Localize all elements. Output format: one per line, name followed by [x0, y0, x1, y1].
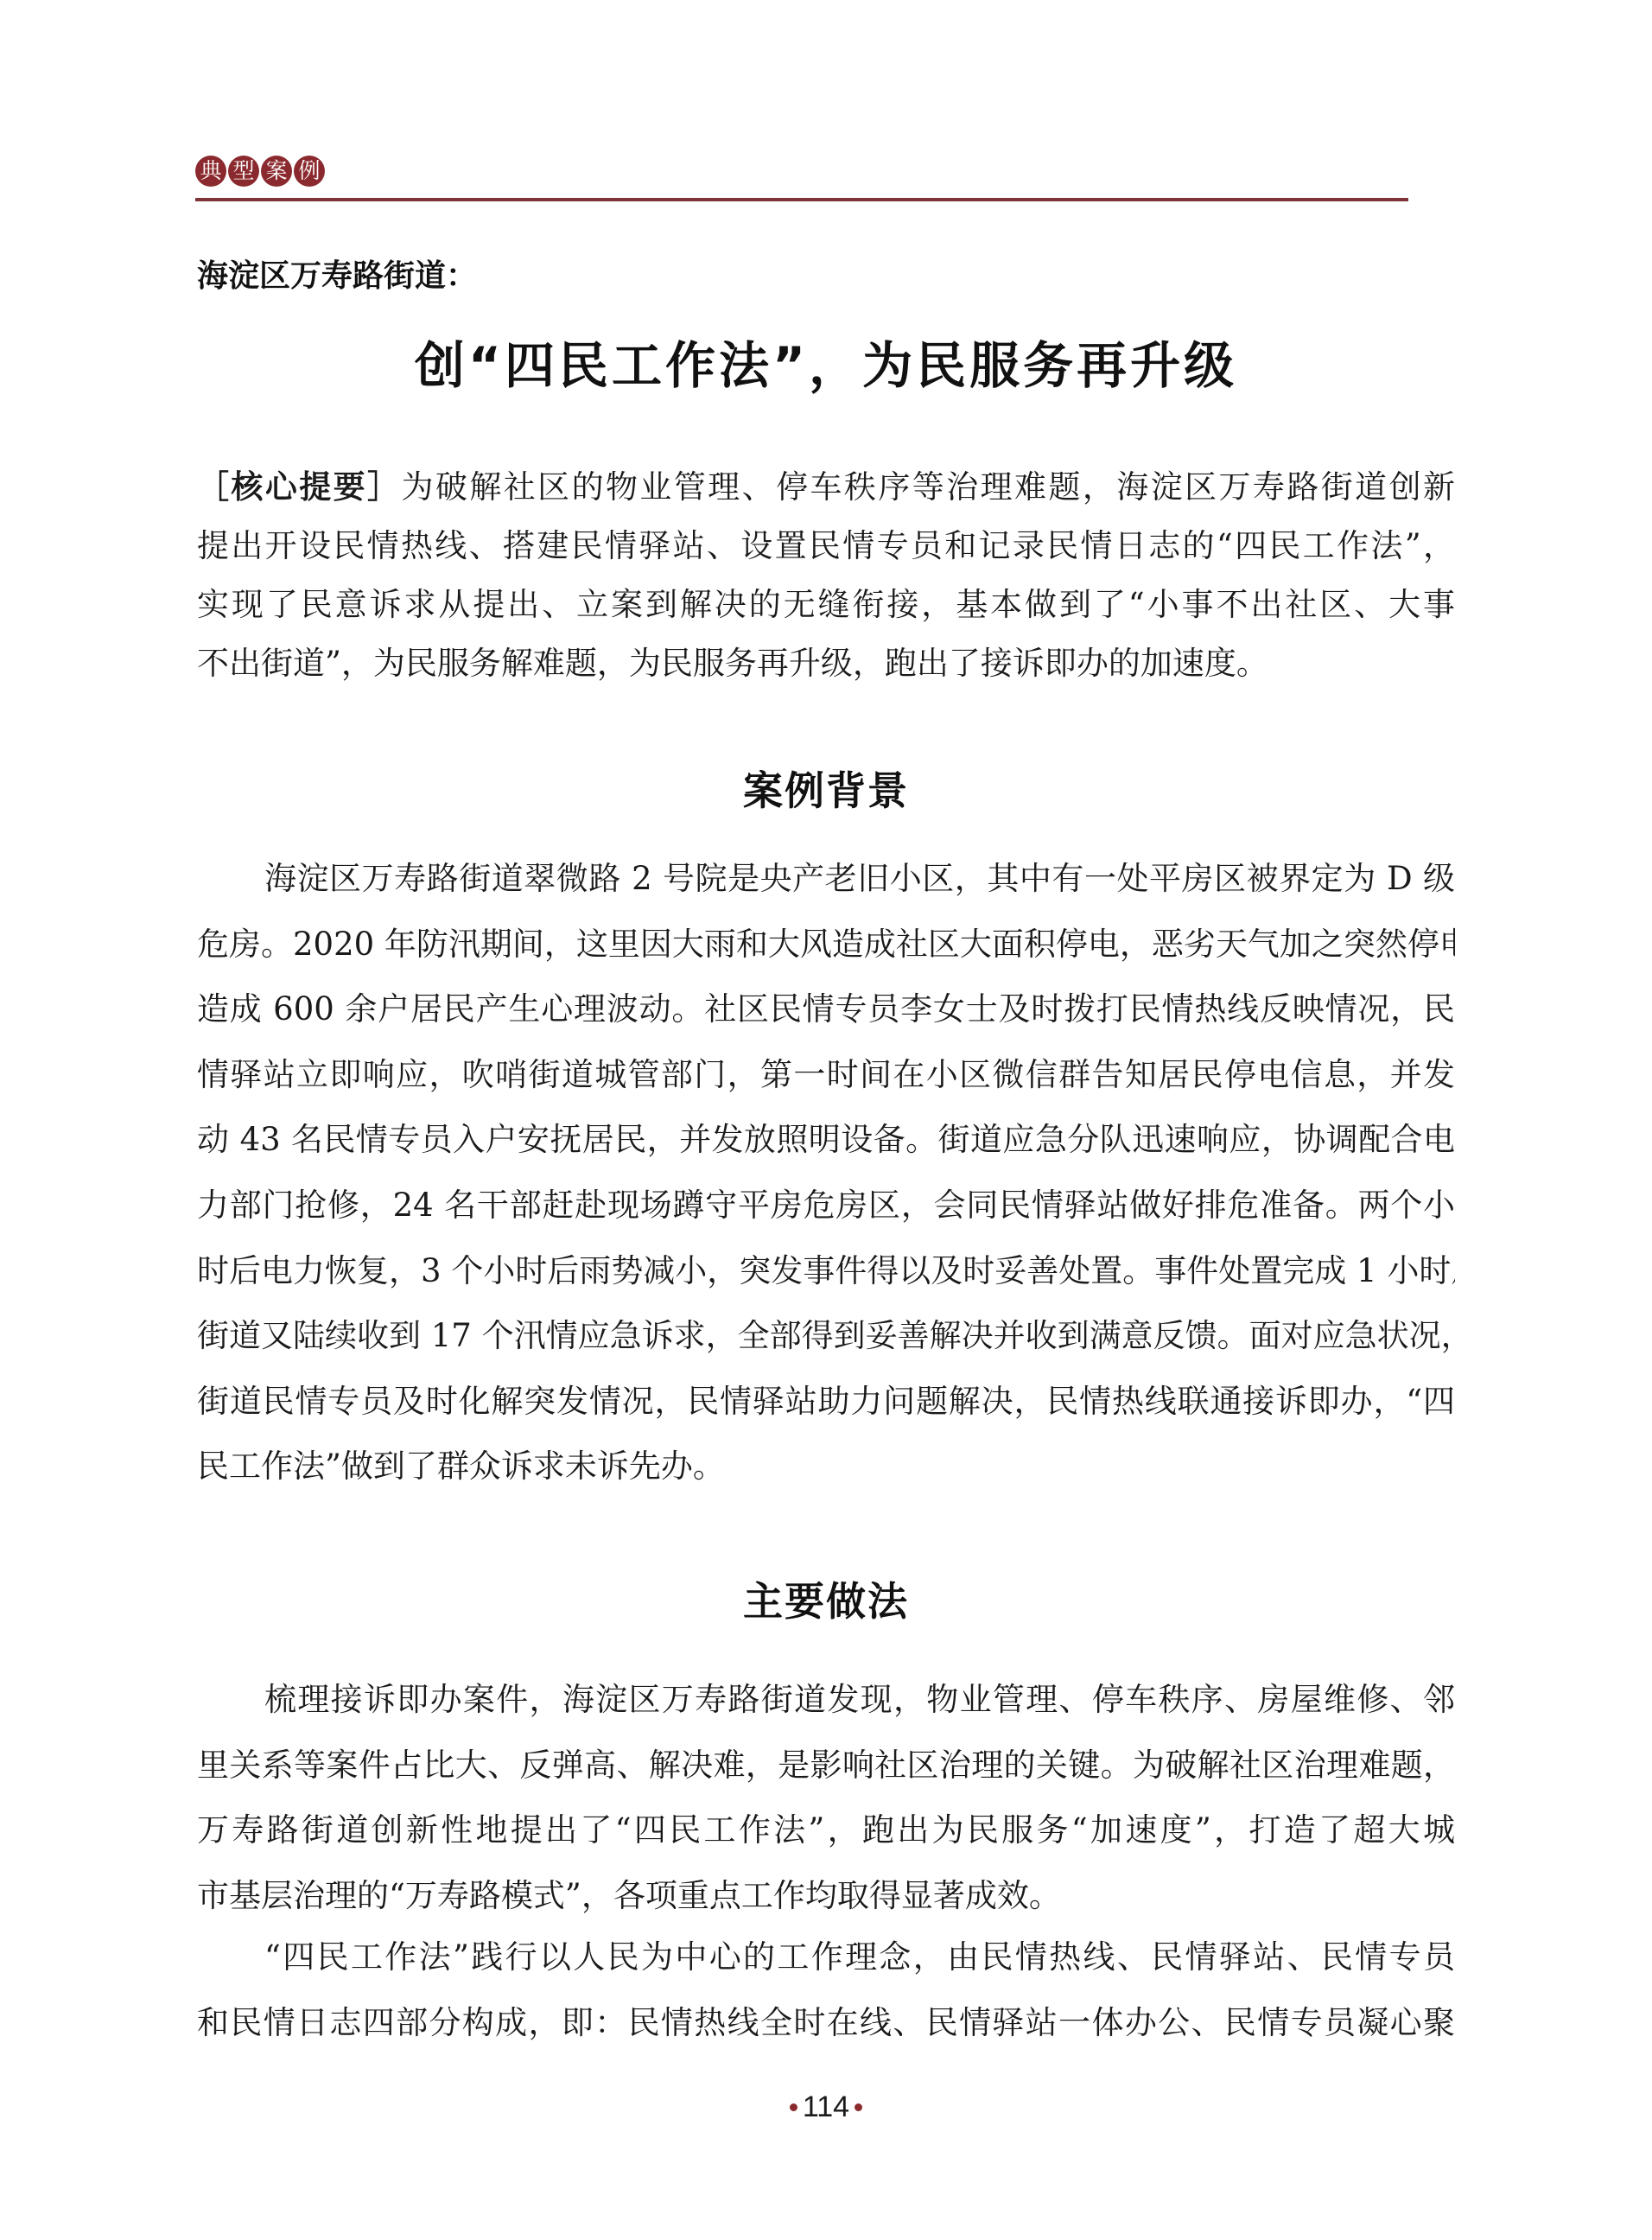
section-badge-circle: 典: [195, 156, 226, 187]
body-line: 街道民情专员及时化解突发情况，民情驿站助力问题解决，民情热线联通接诉即办，“四: [197, 1369, 1455, 1435]
section-badge-circle: 案: [261, 156, 292, 187]
abstract-label: ［核心提要］: [197, 468, 402, 506]
body-line: 民工作法”做到了群众诉求未诉先办。: [197, 1434, 1455, 1499]
section-badge-circle: 型: [228, 156, 259, 187]
header-divider: [195, 198, 1408, 201]
section-badge-circle: 例: [294, 156, 325, 187]
section-heading-methods: 主要做法: [0, 1577, 1652, 1626]
body-line: 危房。2020 年防汛期间，这里因大雨和大风造成社区大面积停电，恶劣天气加之突然…: [197, 912, 1455, 977]
body-line: “四民工作法”践行以人民为中心的工作理念，由民情热线、民情驿站、民情专员: [197, 1925, 1455, 1990]
bullet-dot-icon: [855, 2103, 862, 2111]
body-line: 万寿路街道创新性地提出了“四民工作法”，跑出为民服务“加速度”，打造了超大城: [197, 1798, 1455, 1863]
section-methods-paragraph-1: 梳理接诉即办案件，海淀区万寿路街道发现，物业管理、停车秩序、房屋维修、邻 里关系…: [197, 1667, 1455, 1928]
body-line: 市基层治理的“万寿路模式”，各项重点工作均取得显著成效。: [197, 1863, 1455, 1929]
body-line: 情驿站立即响应，吹哨街道城管部门，第一时间在小区微信群告知居民停电信息，并发: [197, 1042, 1455, 1108]
article-kicker: 海淀区万寿路街道：: [197, 258, 477, 296]
body-line: 街道又陆续收到 17 个汛情应急诉求，全部得到妥善解决并收到满意反馈。面对应急状…: [197, 1303, 1455, 1369]
abstract-text: 为破解社区的物业管理、停车秩序等治理难题，海淀区万寿路街道创新: [402, 468, 1456, 506]
body-line: 时后电力恢复，3 个小时后雨势减小，突发事件得以及时妥善处置。事件处置完成 1 …: [197, 1238, 1455, 1304]
body-line: 海淀区万寿路街道翠微路 2 号院是央产老旧小区，其中有一处平房区被界定为 D 级: [197, 846, 1455, 912]
abstract-line: 实现了民意诉求从提出、立案到解决的无缝衔接，基本做到了“小事不出社区、大事: [197, 576, 1455, 634]
body-line: 梳理接诉即办案件，海淀区万寿路街道发现，物业管理、停车秩序、房屋维修、邻: [197, 1667, 1455, 1733]
document-page: 典 型 案 例 海淀区万寿路街道： 创“四民工作法”，为民服务再升级 ［核心提要…: [0, 0, 1652, 2240]
abstract-line: 提出开设民情热线、搭建民情驿站、设置民情专员和记录民情日志的“四民工作法”，: [197, 517, 1455, 576]
section-background-paragraph: 海淀区万寿路街道翠微路 2 号院是央产老旧小区，其中有一处平房区被界定为 D 级…: [197, 846, 1455, 1499]
body-line: 动 43 名民情专员入户安抚居民，并发放照明设备。街道应急分队迅速响应，协调配合…: [197, 1107, 1455, 1173]
article-title: 创“四民工作法”，为民服务再升级: [0, 335, 1652, 396]
body-line: 造成 600 余户居民产生心理波动。社区民情专员李女士及时拨打民情热线反映情况，…: [197, 977, 1455, 1042]
section-heading-background: 案例背景: [0, 767, 1652, 815]
page-number: 114: [0, 2090, 1652, 2124]
abstract-line: 不出街道”，为民服务解难题，为民服务再升级，跑出了接诉即办的加速度。: [197, 634, 1455, 693]
body-line: 里关系等案件占比大、反弹高、解决难，是影响社区治理的关键。为破解社区治理难题，: [197, 1733, 1455, 1798]
body-line: 力部门抢修，24 名干部赶赴现场蹲守平房危房区，会同民情驿站做好排危准备。两个小: [197, 1173, 1455, 1238]
running-header: 典 型 案 例: [195, 156, 325, 187]
page-number-value: 114: [803, 2090, 849, 2123]
abstract-block: ［核心提要］为破解社区的物业管理、停车秩序等治理难题，海淀区万寿路街道创新 提出…: [197, 458, 1455, 693]
section-methods-paragraph-2: “四民工作法”践行以人民为中心的工作理念，由民情热线、民情驿站、民情专员 和民情…: [197, 1925, 1455, 2055]
body-line: 和民情日志四部分构成，即：民情热线全时在线、民情驿站一体办公、民情专员凝心聚: [197, 1990, 1455, 2056]
abstract-line: ［核心提要］为破解社区的物业管理、停车秩序等治理难题，海淀区万寿路街道创新: [197, 458, 1455, 517]
bullet-dot-icon: [790, 2103, 797, 2111]
